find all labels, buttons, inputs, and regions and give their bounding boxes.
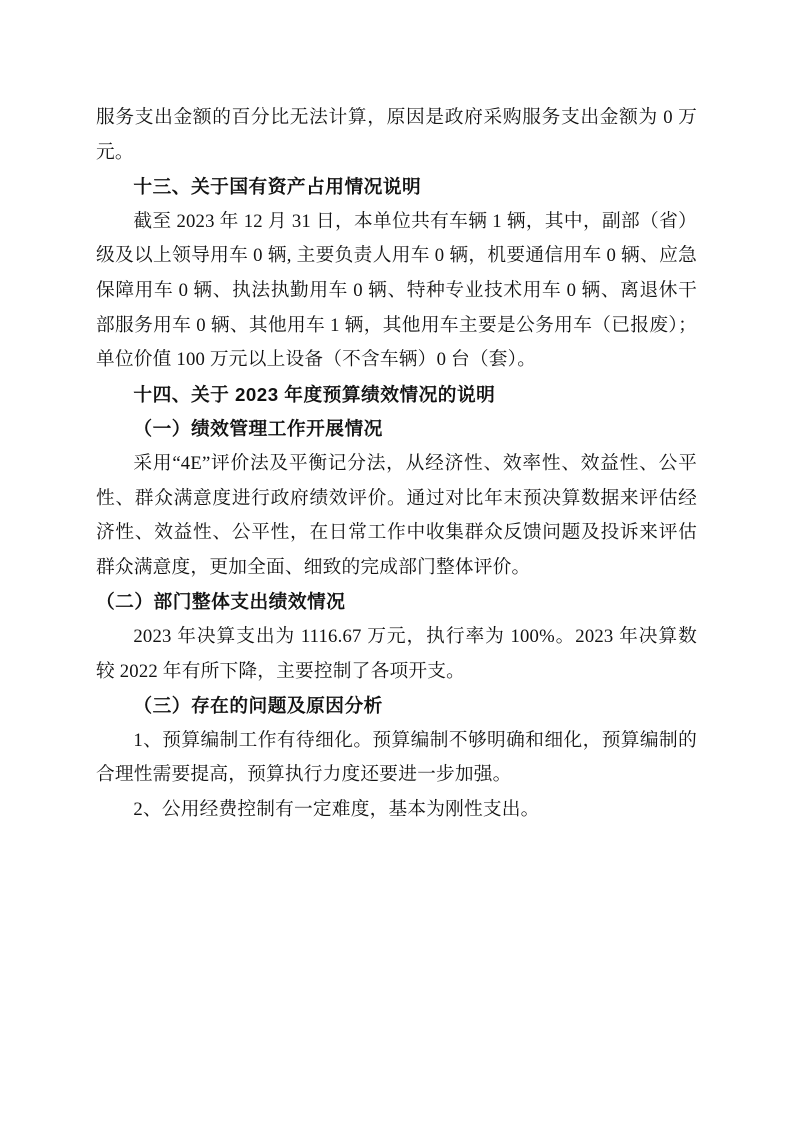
subheading-2-overall-expenditure-performance: （二）部门整体支出绩效情况: [96, 585, 697, 620]
paragraph-procurement-continuation: 服务支出金额的百分比无法计算，原因是政府采购服务支出金额为 0 万元。: [96, 101, 697, 170]
paragraph-problem-1-budget-preparation: 1、预算编制工作有待细化。预算编制不够明确和细化，预算编制的合理性需要提高，预算…: [96, 724, 697, 793]
subheading-1-performance-management: （一）绩效管理工作开展情况: [96, 412, 697, 447]
paragraph-problem-2-public-funds: 2、公用经费控制有一定难度，基本为刚性支出。: [96, 793, 697, 828]
subheading-3-problems-and-causes: （三）存在的问题及原因分析: [96, 689, 697, 724]
section-heading-14-budget-performance: 十四、关于 2023 年度预算绩效情况的说明: [96, 378, 697, 413]
page-text-area: 服务支出金额的百分比无法计算，原因是政府采购服务支出金额为 0 万元。 十三、关…: [96, 101, 697, 827]
paragraph-vehicles-and-equipment: 截至 2023 年 12 月 31 日，本单位共有车辆 1 辆，其中，副部（省）…: [96, 205, 697, 378]
paragraph-2023-expenditure-figures: 2023 年决算支出为 1116.67 万元，执行率为 100%。2023 年决…: [96, 620, 697, 689]
document-page: 服务支出金额的百分比无法计算，原因是政府采购服务支出金额为 0 万元。 十三、关…: [0, 0, 793, 1122]
section-heading-13-state-assets: 十三、关于国有资产占用情况说明: [96, 170, 697, 205]
paragraph-4e-evaluation-method: 采用“4E”评价法及平衡记分法，从经济性、效率性、效益性、公平性、群众满意度进行…: [96, 447, 697, 585]
